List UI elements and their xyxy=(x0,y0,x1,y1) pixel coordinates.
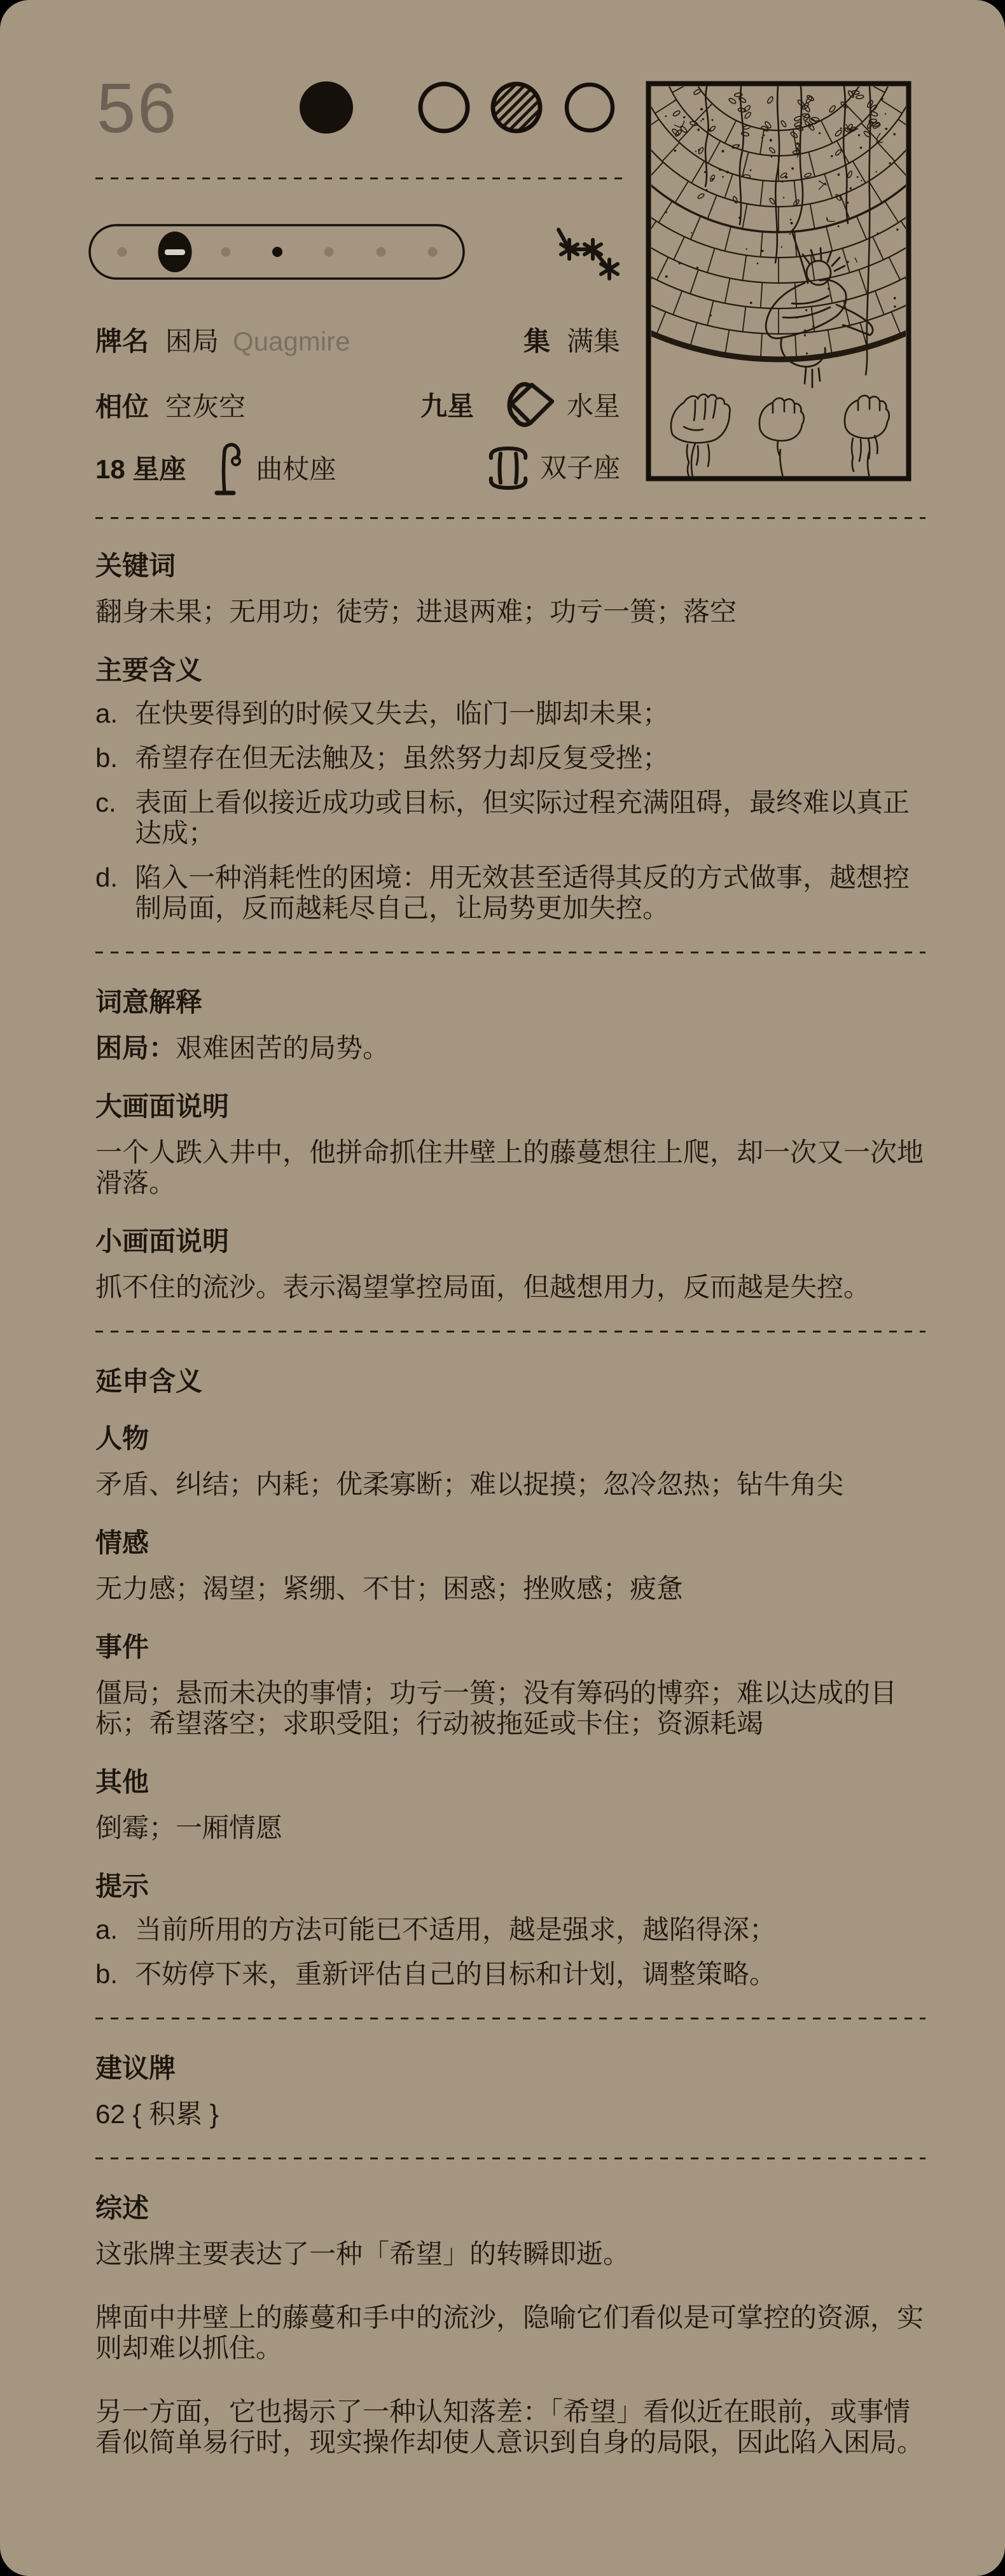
people-text: 矛盾、纠结；内耗；优柔寡断；难以捉摸；忽冷忽热；钻牛角尖 xyxy=(95,1469,925,1500)
minus-icon xyxy=(165,249,185,255)
others-text: 倒霉；一厢情愿 xyxy=(95,1813,925,1843)
slider-dot[interactable] xyxy=(221,247,231,257)
section-title-small-picture: 小画面说明 xyxy=(95,1228,925,1256)
list-text: 在快要得到的时候又失去，临门一脚却未果； xyxy=(135,698,925,729)
attr-constellation: 18 星座 曲杖座 xyxy=(95,441,336,497)
position-slider[interactable] xyxy=(88,223,467,282)
attr-label: 相位 xyxy=(95,391,149,423)
nine-star-value: 水星 xyxy=(567,391,620,422)
list-marker: c. xyxy=(95,787,135,848)
card-name-english: Quagmire xyxy=(233,326,350,357)
crescent-diamond-icon xyxy=(502,382,555,431)
list-text: 当前所用的方法可能已不适用，越是强求，越陷得深； xyxy=(135,1915,925,1945)
definition-term: 困局： xyxy=(95,1033,176,1063)
list-text: 表面上看似接近成功或目标，但实际过程充满阻碍，最终难以真正达成； xyxy=(135,787,925,848)
pip-hatched-icon xyxy=(493,84,540,131)
crooked-staff-icon xyxy=(214,442,244,497)
slider-dot[interactable] xyxy=(118,247,127,257)
subsection-title-emotion: 情感 xyxy=(95,1529,925,1557)
constellation-value: 曲杖座 xyxy=(256,454,336,485)
hand-open-palm xyxy=(671,394,730,478)
section-title-advice-card: 建议牌 xyxy=(95,2054,925,2082)
summary-paragraph: 这张牌主要表达了一种「希望」的转瞬即逝。 xyxy=(95,2239,925,2269)
slider-dot[interactable] xyxy=(428,247,438,257)
slider-dot[interactable] xyxy=(377,247,386,257)
dashed-divider xyxy=(95,2157,925,2159)
attr-label: 18 星座 xyxy=(95,454,186,485)
subsection-title-people: 人物 xyxy=(95,1425,925,1453)
well-illustration xyxy=(646,81,911,481)
attr-label: 牌名 xyxy=(95,326,149,357)
hand-fist-sand xyxy=(845,396,889,478)
subsection-title-tips: 提示 xyxy=(95,1873,925,1901)
section-title-keywords: 关键词 xyxy=(95,552,925,580)
card-number: 56 xyxy=(97,74,178,144)
attr-nine-star: 九星 水星 xyxy=(420,382,620,431)
dashed-divider xyxy=(95,177,625,179)
attr-set: 集 满集 xyxy=(523,326,620,357)
list-marker: b. xyxy=(95,743,135,773)
list-text: 不妨停下来，重新评估自己的目标和计划，调整策略。 xyxy=(135,1959,925,1990)
list-item: b. 希望存在但无法触及；虽然努力却反复受挫； xyxy=(95,743,925,773)
pip-solid-icon xyxy=(300,81,353,134)
list-item: a. 在快要得到的时候又失去，临门一脚却未果； xyxy=(95,698,925,729)
dashed-divider xyxy=(95,517,925,519)
emotion-text: 无力感；渴望；紧绷、不甘；困惑；挫败感；疲惫 xyxy=(95,1574,925,1604)
three-star-constellation-icon xyxy=(541,213,642,302)
pip-outline-icon xyxy=(420,84,468,131)
list-text: 希望存在但无法触及；虽然努力却反复受挫； xyxy=(135,743,925,773)
phase-value: 空灰空 xyxy=(165,391,246,423)
section-title-main-meanings: 主要含义 xyxy=(95,656,925,684)
section-title-summary: 综述 xyxy=(95,2194,925,2222)
events-text: 僵局；悬而未决的事情；功亏一篑；没有筹码的博弈；难以达成的目标；希望落空；求职受… xyxy=(95,1678,925,1739)
attr-label: 集 xyxy=(523,326,550,357)
set-value: 满集 xyxy=(567,326,620,357)
card-pips xyxy=(299,79,617,136)
section-title-extended: 延申含义 xyxy=(95,1368,925,1395)
card-name-value: 困局 xyxy=(165,326,219,357)
attr-card-name: 牌名 困局 Quagmire xyxy=(95,326,350,357)
subsection-title-events: 事件 xyxy=(95,1633,925,1661)
section-title-big-picture: 大画面说明 xyxy=(95,1093,925,1121)
dashed-divider xyxy=(95,2018,925,2019)
list-marker: a. xyxy=(95,1915,135,1945)
slider-dot-active[interactable] xyxy=(272,247,282,257)
definition-text: 艰难困苦的局势。 xyxy=(176,1033,389,1063)
pip-outline-icon xyxy=(567,85,613,130)
list-item: d. 陷入一种消耗性的困境：用无效甚至适得其反的方式做事，越想控制局面，反而越耗… xyxy=(95,862,925,924)
attr-phase: 相位 空灰空 xyxy=(95,391,246,423)
list-item: b. 不妨停下来，重新评估自己的目标和计划，调整策略。 xyxy=(95,1959,925,1990)
list-text: 陷入一种消耗性的困境：用无效甚至适得其反的方式做事，越想控制局面，反而越耗尽自己… xyxy=(135,862,925,924)
slider-dot[interactable] xyxy=(324,247,334,257)
big-picture-text: 一个人跌入井中，他拼命抓住井壁上的藤蔓想往上爬，却一次又一次地滑落。 xyxy=(95,1137,925,1198)
list-item: a. 当前所用的方法可能已不适用，越是强求，越陷得深； xyxy=(95,1915,925,1945)
advice-card-value: 62 { 积累 } xyxy=(95,2099,925,2129)
attr-zodiac: 双子座 xyxy=(476,443,620,494)
attr-label: 九星 xyxy=(420,391,474,422)
summary-paragraph: 另一方面，它也揭示了一种认知落差：「希望」看似近在眼前，或事情看似简单易行时，现… xyxy=(95,2397,925,2458)
card-body: 关键词 翻身未果；无用功；徒劳；进退两难；功亏一篑；落空 主要含义 a. 在快要… xyxy=(95,517,925,2458)
list-marker: a. xyxy=(95,698,135,729)
zodiac-value: 双子座 xyxy=(540,452,620,484)
card-illustration xyxy=(646,81,911,481)
subsection-title-others: 其他 xyxy=(95,1768,925,1796)
keywords-text: 翻身未果；无用功；徒劳；进退两难；功亏一篑；落空 xyxy=(95,597,925,627)
list-item: c. 表面上看似接近成功或目标，但实际过程充满阻碍，最终难以真正达成； xyxy=(95,787,925,848)
list-marker: b. xyxy=(95,1959,135,1990)
section-title-word-explanation: 词意解释 xyxy=(95,988,925,1016)
hand-fist xyxy=(759,398,804,478)
card-page: 56 牌名 困局 Quagmire 集 满集 xyxy=(0,0,1005,2576)
summary-paragraph: 牌面中井壁上的藤蔓和手中的流沙，隐喻它们看似是可掌控的资源，实则却难以抓住。 xyxy=(95,2302,925,2364)
dashed-divider xyxy=(95,952,925,953)
gemini-icon xyxy=(488,446,529,490)
definition-line: 困局：艰难困苦的局势。 xyxy=(95,1033,925,1063)
small-picture-text: 抓不住的流沙。表示渴望掌控局面，但越想用力，反而越是失控。 xyxy=(95,1272,925,1303)
list-marker: d. xyxy=(95,862,135,924)
dashed-divider xyxy=(95,1331,925,1333)
